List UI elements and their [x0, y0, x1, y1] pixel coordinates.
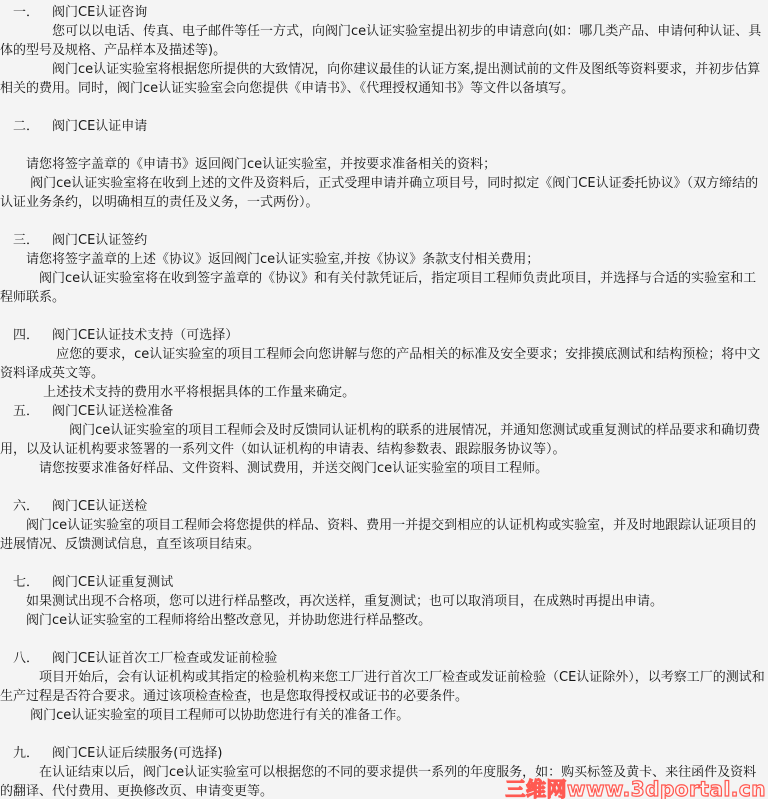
section-title: 阀门CE认证送检 [52, 499, 147, 514]
section: 四．阀门CE认证技术支持（可选择） 应您的要求，ce认证实验室的项目工程师会向您… [0, 326, 768, 402]
section: 二．阀门CE认证申请 请您将签字盖章的《申请书》返回阀门ce认证实验室，并按要求… [0, 117, 768, 212]
paragraph: 如果测试出现不合格项，您可以进行样品整改，再次送样，重复测试；也可以取消项目，在… [0, 592, 768, 611]
paragraph: 阀门ce认证实验室的工程师将给出整改意见，并协助您进行样品整改。 [0, 611, 768, 630]
paragraph: 应您的要求，ce认证实验室的项目工程师会向您讲解与您的产品相关的标准及安全要求；… [0, 345, 768, 383]
paragraph: 阀门ce认证实验室将在收到签字盖章的《协议》和有关付款凭证后，指定项目工程师负责… [0, 269, 768, 307]
section-heading: 七．阀门CE认证重复测试 [0, 573, 768, 592]
section-number: 九． [13, 744, 39, 763]
paragraph: 请您将签字盖章的上述《协议》返回阀门ce认证实验室,并按《协议》条款支付相关费用… [0, 250, 768, 269]
paragraph [0, 136, 768, 155]
section: 五．阀门CE认证送检准备 阀门ce认证实验室的项目工程师会及时反馈同认证机构的联… [0, 402, 768, 478]
section-number: 五． [13, 402, 39, 421]
section-heading: 八．阀门CE认证首次工厂检查或发证前检验 [0, 649, 768, 668]
section-title: 阀门CE认证后续服务(可选择) [52, 746, 222, 761]
section-number: 二． [13, 117, 39, 136]
section-heading: 三．阀门CE认证签约 [0, 231, 768, 250]
watermark: 三维网www.3dportal.cn [505, 780, 766, 799]
section-number: 四． [13, 326, 39, 345]
paragraph: 阀门ce认证实验室的项目工程师会将您提供的样品、资料、费用一并提交到相应的认证机… [0, 516, 768, 554]
paragraph: 项目开始后，会有认证机构或其指定的检验机构来您工厂进行首次工厂检查或发证前检验（… [0, 668, 768, 706]
section-number: 八． [13, 649, 39, 668]
section-number: 六． [13, 497, 39, 516]
paragraph: 阀门ce认证实验室的项目工程师会及时反馈同认证机构的联系的进展情况，并通知您测试… [0, 421, 768, 459]
page: { "page": { "background": "#f4f4f4", "te… [0, 0, 768, 799]
paragraph: 您可以以电话、传真、电子邮件等任一方式，向阀门ce认证实验室提出初步的申请意向(… [0, 22, 768, 60]
paragraph: 阀门ce认证实验室将根据您所提供的大致情况，向你建议最佳的认证方案,提出测试前的… [0, 60, 768, 98]
document-body: 一．阀门CE认证咨询 您可以以电话、传真、电子邮件等任一方式，向阀门ce认证实验… [0, 0, 768, 799]
section-number: 一． [13, 3, 39, 22]
section-title: 阀门CE认证技术支持（可选择） [52, 328, 238, 343]
section-title: 阀门CE认证送检准备 [52, 404, 173, 419]
section-title: 阀门CE认证咨询 [52, 5, 147, 20]
section: 七．阀门CE认证重复测试 如果测试出现不合格项，您可以进行样品整改，再次送样，重… [0, 573, 768, 630]
section-number: 七． [13, 573, 39, 592]
section: 八．阀门CE认证首次工厂检查或发证前检验 项目开始后，会有认证机构或其指定的检验… [0, 649, 768, 725]
paragraph: 阀门ce认证实验室将在收到上述的文件及资料后，正式受理申请并确立项目号，同时拟定… [0, 174, 768, 212]
section: 一．阀门CE认证咨询 您可以以电话、传真、电子邮件等任一方式，向阀门ce认证实验… [0, 3, 768, 98]
paragraph: 阀门ce认证实验室的项目工程师可以协助您进行有关的准备工作。 [0, 706, 768, 725]
section: 六．阀门CE认证送检 阀门ce认证实验室的项目工程师会将您提供的样品、资料、费用… [0, 497, 768, 554]
section-heading: 九．阀门CE认证后续服务(可选择) [0, 744, 768, 763]
section-heading: 六．阀门CE认证送检 [0, 497, 768, 516]
section: 三．阀门CE认证签约 请您将签字盖章的上述《协议》返回阀门ce认证实验室,并按《… [0, 231, 768, 307]
section-title: 阀门CE认证首次工厂检查或发证前检验 [52, 651, 277, 666]
paragraph: 请您将签字盖章的《申请书》返回阀门ce认证实验室，并按要求准备相关的资料； [0, 155, 768, 174]
paragraph: 请您按要求准备好样品、文件资料、测试费用，并送交阀门ce认证实验室的项目工程师。 [0, 459, 768, 478]
section-title: 阀门CE认证签约 [52, 233, 147, 248]
section-title: 阀门CE认证申请 [52, 119, 147, 134]
section-heading: 五．阀门CE认证送检准备 [0, 402, 768, 421]
section-heading: 二．阀门CE认证申请 [0, 117, 768, 136]
section-title: 阀门CE认证重复测试 [52, 575, 173, 590]
section-number: 三． [13, 231, 39, 250]
section-heading: 一．阀门CE认证咨询 [0, 3, 768, 22]
paragraph: 上述技术支持的费用水平将根据具体的工作量来确定。 [0, 383, 768, 402]
section-heading: 四．阀门CE认证技术支持（可选择） [0, 326, 768, 345]
